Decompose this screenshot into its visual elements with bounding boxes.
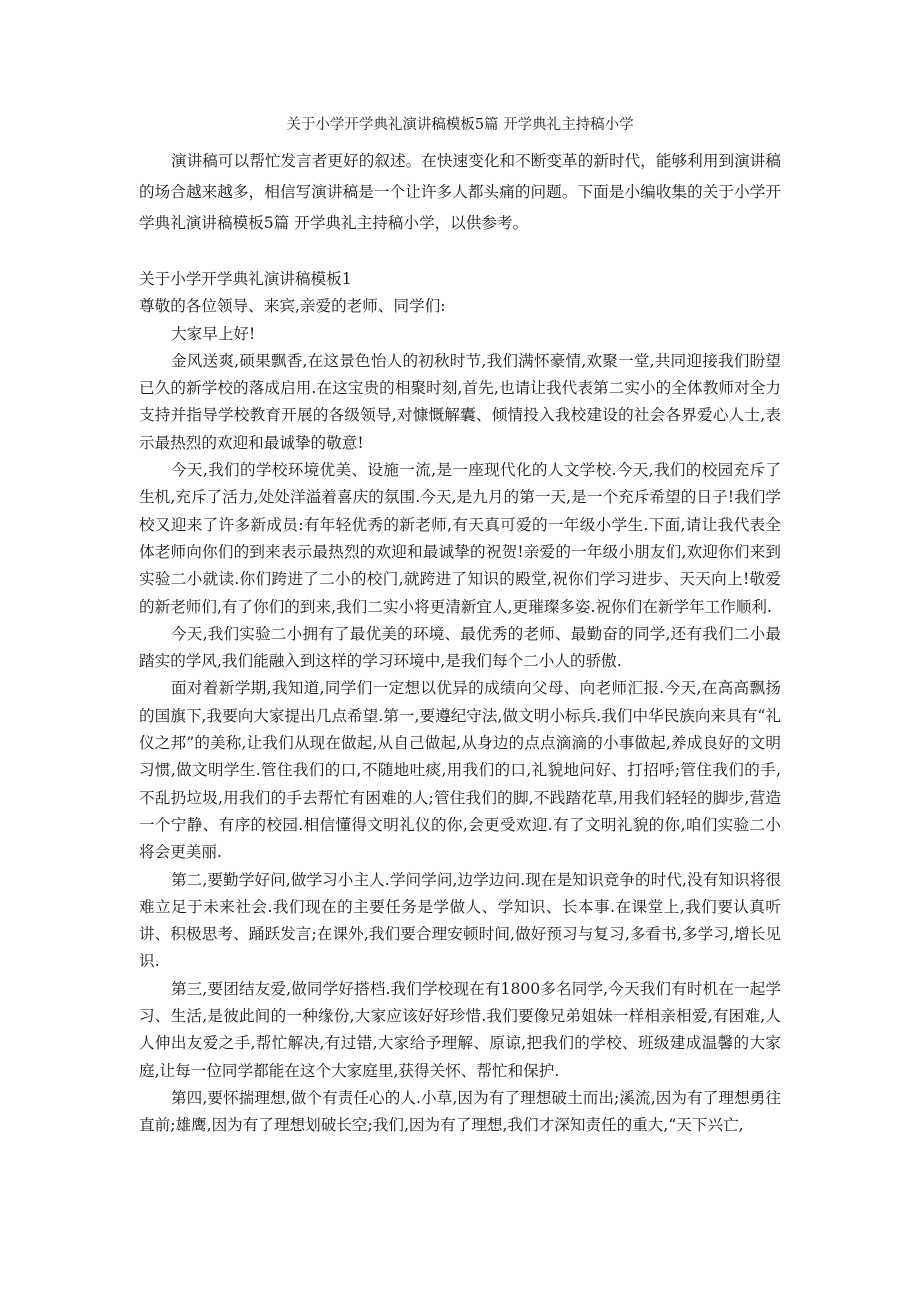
- body-paragraph: 面对着新学期,我知道,同学们一定想以优异的成绩向父母、向老师汇报.今天,在高高飘…: [139, 675, 781, 866]
- intro-paragraph: 演讲稿可以帮忙发言者更好的叙述。在快速变化和不断变革的新时代，能够利用到演讲稿的…: [139, 146, 781, 239]
- body-paragraph: 金风送爽,硕果飘香,在这景色怡人的初秋时节,我们满怀豪情,欢聚一堂,共同迎接我们…: [139, 348, 781, 457]
- salutation: 尊敬的各位领导、来宾,亲爱的老师、同学们:: [139, 293, 781, 320]
- body-paragraph: 第三,要团结友爱,做同学好搭档.我们学校现在有1800多名同学,今天我们有时机在…: [139, 976, 781, 1085]
- body-paragraph: 第二,要勤学好问,做学习小主人.学问学问,边学边问.现在是知识竞争的时代,没有知…: [139, 867, 781, 976]
- document-page: 关于小学开学典礼演讲稿模板5篇 开学典礼主持稿小学 演讲稿可以帮忙发言者更好的叙…: [0, 0, 920, 1302]
- document-title: 关于小学开学典礼演讲稿模板5篇 开学典礼主持稿小学: [0, 114, 920, 136]
- speech-body: 关于小学开学典礼演讲稿模板1 尊敬的各位领导、来宾,亲爱的老师、同学们: 大家早…: [139, 266, 781, 1140]
- body-paragraph: 今天,我们的学校环境优美、设施一流,是一座现代化的人文学校.今天,我们的校园充斥…: [139, 457, 781, 621]
- body-paragraph: 第四,要怀揣理想,做个有责任心的人.小草,因为有了理想破土而出;溪流,因为有了理…: [139, 1085, 781, 1140]
- body-paragraph: 今天,我们实验二小拥有了最优美的环境、最优秀的老师、最勤奋的同学,还有我们二小最…: [139, 621, 781, 676]
- greeting: 大家早上好!: [139, 321, 781, 348]
- section-heading: 关于小学开学典礼演讲稿模板1: [139, 266, 781, 293]
